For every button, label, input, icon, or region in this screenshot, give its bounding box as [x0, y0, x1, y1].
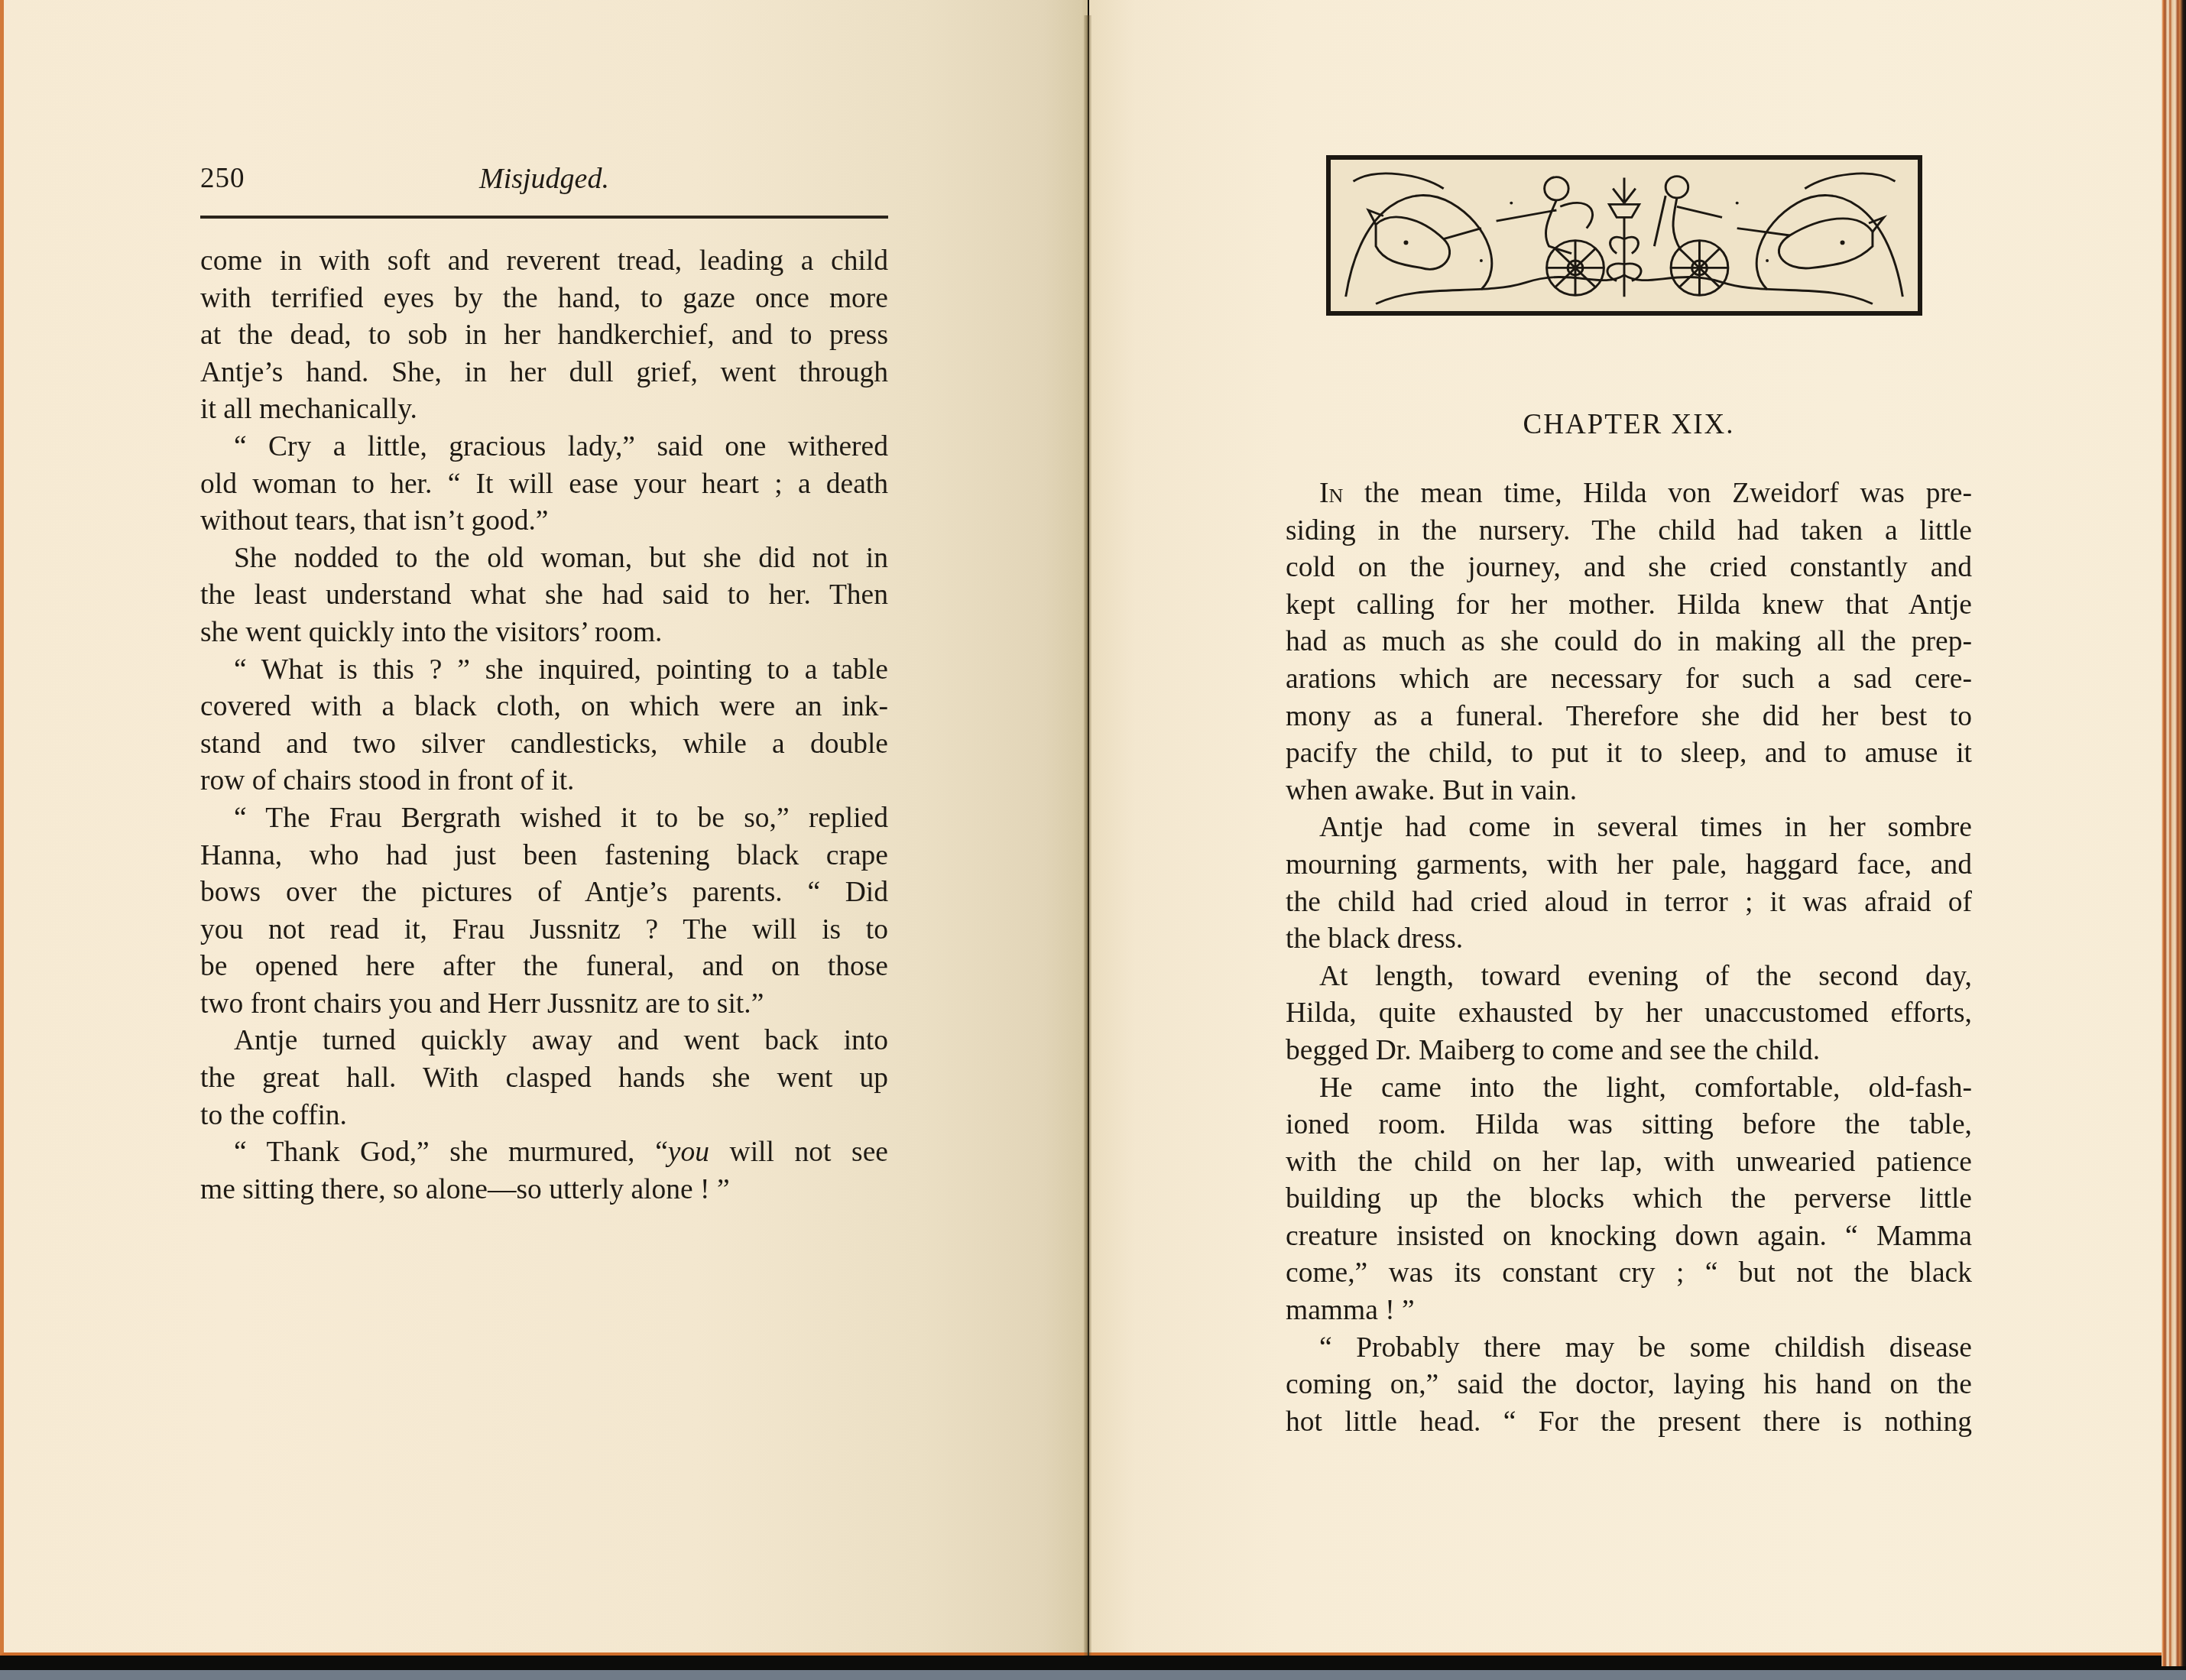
line-text: begged Dr. Maiberg to come and see the c… — [1286, 1035, 1820, 1066]
line-text: with the child on her lap, with unwearie… — [1286, 1146, 1972, 1178]
italic-emphasis: you — [668, 1137, 709, 1168]
line-text: Antje’s hand. She, in her dull grief, we… — [200, 357, 888, 388]
line-text: the child had cried aloud in terror ; it… — [1286, 887, 1972, 918]
line-text: “ What is this ? ” she inquired, pointin… — [234, 654, 888, 686]
text-line: creature insisted on knocking down again… — [1286, 1218, 1972, 1256]
left-page-body: come in with soft and reverent tread, le… — [200, 243, 888, 1208]
text-line: covered with a black cloth, on which wer… — [200, 689, 888, 726]
text-line: ioned room. Hilda was sitting before the… — [1286, 1107, 1972, 1144]
running-title: Misjudged. — [200, 162, 888, 196]
line-text: siding in the nursery. The child had tak… — [1286, 515, 1972, 546]
text-line: “ Probably there may be some childish di… — [1286, 1330, 1972, 1367]
right-page-body: In the mean time, Hilda von Zweidorf was… — [1286, 475, 1972, 1441]
text-line: with terrified eyes by the hand, to gaze… — [200, 281, 888, 318]
line-text: without tears, that isn’t good.” — [200, 505, 549, 537]
line-text: had as much as she could do in making al… — [1286, 626, 1972, 657]
text-line: “ Thank God,” she murmured, “you will no… — [200, 1134, 888, 1172]
line-text: Antje turned quickly away and went back … — [234, 1025, 888, 1056]
line-text: hot little head. “ For the present there… — [1286, 1406, 1972, 1438]
text-line: me sitting there, so alone—so utterly al… — [200, 1172, 888, 1209]
text-line: stand and two silver candlesticks, while… — [200, 726, 888, 764]
line-text: She nodded to the old woman, but she did… — [234, 543, 888, 574]
line-text: Hilda, quite exhausted by her unaccustom… — [1286, 997, 1972, 1029]
line-text: cold on the journey, and she cried const… — [1286, 552, 1972, 583]
line-text: mamma ! ” — [1286, 1295, 1415, 1326]
text-line: row of chairs stood in front of it. — [200, 763, 888, 800]
text-line: old woman to her. “ It will ease your he… — [200, 466, 888, 504]
line-text: arations which are necessary for such a … — [1286, 663, 1972, 695]
line-text: “ Cry a little, gracious lady,” said one… — [234, 431, 888, 462]
text-line: you not read it, Frau Jussnitz ? The wil… — [200, 912, 888, 949]
text-line: with the child on her lap, with unwearie… — [1286, 1144, 1972, 1182]
text-line: the least understand what she had said t… — [200, 577, 888, 615]
line-text: building up the blocks which the pervers… — [1286, 1183, 1972, 1215]
text-line: At length, toward evening of the second … — [1286, 958, 1972, 996]
text-line: Antje turned quickly away and went back … — [200, 1023, 888, 1060]
line-text: Antje had come in several times in her s… — [1319, 812, 1972, 843]
line-text: you not read it, Frau Jussnitz ? The wil… — [200, 914, 888, 945]
line-text: old woman to her. “ It will ease your he… — [200, 469, 888, 500]
line-text: covered with a black cloth, on which wer… — [200, 691, 888, 722]
line-text: coming on,” said the doctor, laying his … — [1286, 1369, 1972, 1400]
line-text: the black dress. — [1286, 923, 1463, 955]
line-text-after: will not see — [709, 1137, 888, 1168]
header-rule — [200, 216, 888, 219]
text-line: He came into the light, comfortable, old… — [1286, 1070, 1972, 1108]
text-line: “ What is this ? ” she inquired, pointin… — [200, 652, 888, 689]
text-line: the child had cried aloud in terror ; it… — [1286, 884, 1972, 922]
line-text: kept calling for her mother. Hilda knew … — [1286, 589, 1972, 621]
line-text: “ Thank God,” she murmured, “ — [234, 1137, 668, 1168]
decorative-headpiece-icon — [1326, 155, 1922, 316]
text-line: when awake. But in vain. — [1286, 773, 1972, 810]
text-line: In the mean time, Hilda von Zweidorf was… — [1286, 475, 1972, 513]
line-text: the least understand what she had said t… — [200, 579, 888, 611]
text-line: mony as a funeral. Therefore she did her… — [1286, 699, 1972, 736]
text-line: pacify the child, to put it to sleep, an… — [1286, 735, 1972, 773]
line-text: mony as a funeral. Therefore she did her… — [1286, 701, 1972, 732]
line-text: pacify the child, to put it to sleep, an… — [1286, 738, 1972, 769]
line-text: when awake. But in vain. — [1286, 775, 1577, 806]
text-line: the black dress. — [1286, 921, 1972, 958]
chapter-heading: CHAPTER XIX. — [1286, 408, 1972, 441]
line-text: to the coffin. — [200, 1100, 347, 1131]
text-line: she went quickly into the visitors’ room… — [200, 615, 888, 652]
text-line: to the coffin. — [200, 1098, 888, 1135]
line-text: the great hall. With clasped hands she w… — [200, 1062, 888, 1094]
line-text: come,” was its constant cry ; “ but not … — [1286, 1257, 1972, 1289]
text-line: Antje’s hand. She, in her dull grief, we… — [200, 355, 888, 392]
text-line: without tears, that isn’t good.” — [200, 503, 888, 540]
line-text: two front chairs you and Herr Jussnitz a… — [200, 988, 764, 1020]
text-line: at the dead, to sob in her handkerchief,… — [200, 317, 888, 355]
line-text: At length, toward evening of the second … — [1319, 961, 1972, 992]
text-line: begged Dr. Maiberg to come and see the c… — [1286, 1033, 1972, 1070]
line-text: come in with soft and reverent tread, le… — [200, 245, 888, 277]
text-line: it all mechanically. — [200, 391, 888, 429]
text-line: come,” was its constant cry ; “ but not … — [1286, 1255, 1972, 1292]
text-line: two front chairs you and Herr Jussnitz a… — [200, 986, 888, 1023]
line-text: Hanna, who had just been fastening black… — [200, 840, 888, 871]
text-line: mourning garments, with her pale, haggar… — [1286, 847, 1972, 884]
drop-lead-word: In — [1319, 478, 1343, 509]
text-line: cold on the journey, and she cried const… — [1286, 550, 1972, 587]
page-edges-orange — [2162, 0, 2186, 1666]
text-line: hot little head. “ For the present there… — [1286, 1404, 1972, 1442]
text-line: the great hall. With clasped hands she w… — [200, 1060, 888, 1098]
text-line: Hilda, quite exhausted by her unaccustom… — [1286, 995, 1972, 1033]
line-text: me sitting there, so alone—so utterly al… — [200, 1174, 730, 1205]
line-text: at the dead, to sob in her handkerchief,… — [200, 319, 888, 351]
text-line: She nodded to the old woman, but she did… — [200, 540, 888, 578]
text-line: siding in the nursery. The child had tak… — [1286, 513, 1972, 550]
running-head: 250 Misjudged. — [200, 162, 888, 200]
text-line: arations which are necessary for such a … — [1286, 661, 1972, 699]
line-text: creature insisted on knocking down again… — [1286, 1221, 1972, 1252]
line-text: she went quickly into the visitors’ room… — [200, 617, 662, 648]
line-text: stand and two silver candlesticks, while… — [200, 728, 888, 760]
line-text: “ The Frau Bergrath wished it to be so,”… — [234, 803, 888, 834]
scanner-background — [0, 1670, 2186, 1680]
text-line: coming on,” said the doctor, laying his … — [1286, 1367, 1972, 1404]
text-line: be opened here after the funeral, and on… — [200, 949, 888, 986]
book-gutter — [1084, 15, 1091, 1656]
line-text: it all mechanically. — [200, 394, 417, 425]
text-line: come in with soft and reverent tread, le… — [200, 243, 888, 281]
line-text: bows over the pictures of Antje’s parent… — [200, 877, 888, 908]
text-line: Hanna, who had just been fastening black… — [200, 838, 888, 875]
line-text: be opened here after the funeral, and on… — [200, 951, 888, 982]
text-line: had as much as she could do in making al… — [1286, 624, 1972, 661]
line-text: “ Probably there may be some childish di… — [1319, 1332, 1972, 1364]
line-text: ioned room. Hilda was sitting before the… — [1286, 1109, 1972, 1140]
book-scan: 250 Misjudged. come in with soft and rev… — [0, 0, 2186, 1680]
line-text: mourning garments, with her pale, haggar… — [1286, 849, 1972, 881]
text-line: bows over the pictures of Antje’s parent… — [200, 874, 888, 912]
text-line: “ The Frau Bergrath wished it to be so,”… — [200, 800, 888, 838]
text-line: mamma ! ” — [1286, 1292, 1972, 1330]
line-text: with terrified eyes by the hand, to gaze… — [200, 283, 888, 314]
text-line: kept calling for her mother. Hilda knew … — [1286, 587, 1972, 624]
text-line: Antje had come in several times in her s… — [1286, 809, 1972, 847]
line-text: the mean time, Hilda von Zweidorf was pr… — [1343, 478, 1972, 509]
line-text: He came into the light, comfortable, old… — [1319, 1072, 1972, 1104]
text-line: building up the blocks which the pervers… — [1286, 1181, 1972, 1218]
line-text: row of chairs stood in front of it. — [200, 765, 575, 796]
text-line: “ Cry a little, gracious lady,” said one… — [200, 429, 888, 466]
